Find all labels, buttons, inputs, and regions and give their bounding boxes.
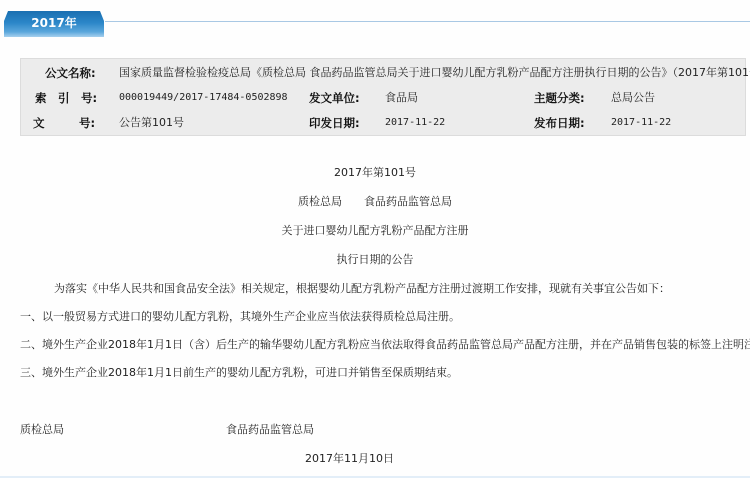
signature-left: 质检总局 (20, 421, 64, 437)
document-item-1: 一、以一般贸易方式进口的婴幼儿配方乳粉，其境外生产企业应当依法获得质检总局注册。 (20, 308, 460, 324)
document-issuers: 质检总局 食品药品监管总局 (0, 193, 750, 209)
docnum-value: 公告第101号 (119, 111, 184, 135)
document-intro: 为落实《中华人民共和国食品安全法》相关规定，根据婴幼儿配方乳粉产品配方注册过渡期… (54, 280, 670, 296)
document-item-2: 二、境外生产企业2018年1月1日（含）后生产的输华婴幼儿配方乳粉应当依法取得食… (20, 336, 750, 352)
issuer-value: 食品局 (385, 86, 418, 110)
year-tab[interactable]: 2017年 (4, 11, 104, 37)
document-title-line1: 关于进口婴幼儿配方乳粉产品配方注册 (0, 222, 750, 238)
print-date-label: 印发日期: (309, 111, 360, 135)
document-info-box: 公文名称: 国家质量监督检验检疫总局《质检总局 食品药品监管总局关于进口婴幼儿配… (20, 58, 746, 136)
index-label: 索 引 号: (35, 86, 97, 110)
publish-date-label: 发布日期: (534, 111, 585, 135)
category-value: 总局公告 (611, 86, 655, 110)
year-header: 2017年 (0, 0, 750, 40)
document-number: 2017年第101号 (0, 164, 750, 180)
document-title-line2: 执行日期的公告 (0, 251, 750, 267)
print-date-value: 2017-11-22 (385, 111, 445, 135)
publish-date-value: 2017-11-22 (611, 111, 671, 135)
signature-right: 食品药品监管总局 (226, 421, 314, 437)
info-row-docnum: 文 号: 公告第101号 印发日期: 2017-11-22 发布日期: 2017… (21, 111, 745, 135)
title-label: 公文名称: (45, 61, 96, 85)
info-row-index: 索 引 号: 000019449/2017-17484-0502898 发文单位… (21, 86, 745, 110)
docnum-label: 文 号: (33, 111, 95, 135)
document-item-3: 三、境外生产企业2018年1月1日前生产的婴幼儿配方乳粉，可进口并销售至保质期结… (20, 364, 458, 380)
index-value: 000019449/2017-17484-0502898 (119, 86, 288, 110)
issuer-label: 发文单位: (309, 86, 360, 110)
title-value: 国家质量监督检验检疫总局《质检总局 食品药品监管总局关于进口婴幼儿配方乳粉产品配… (119, 61, 750, 85)
document-date: 2017年11月10日 (305, 450, 394, 466)
info-row-title: 公文名称: 国家质量监督检验检疫总局《质检总局 食品药品监管总局关于进口婴幼儿配… (21, 61, 745, 85)
category-label: 主题分类: (534, 86, 585, 110)
year-divider (105, 21, 750, 22)
